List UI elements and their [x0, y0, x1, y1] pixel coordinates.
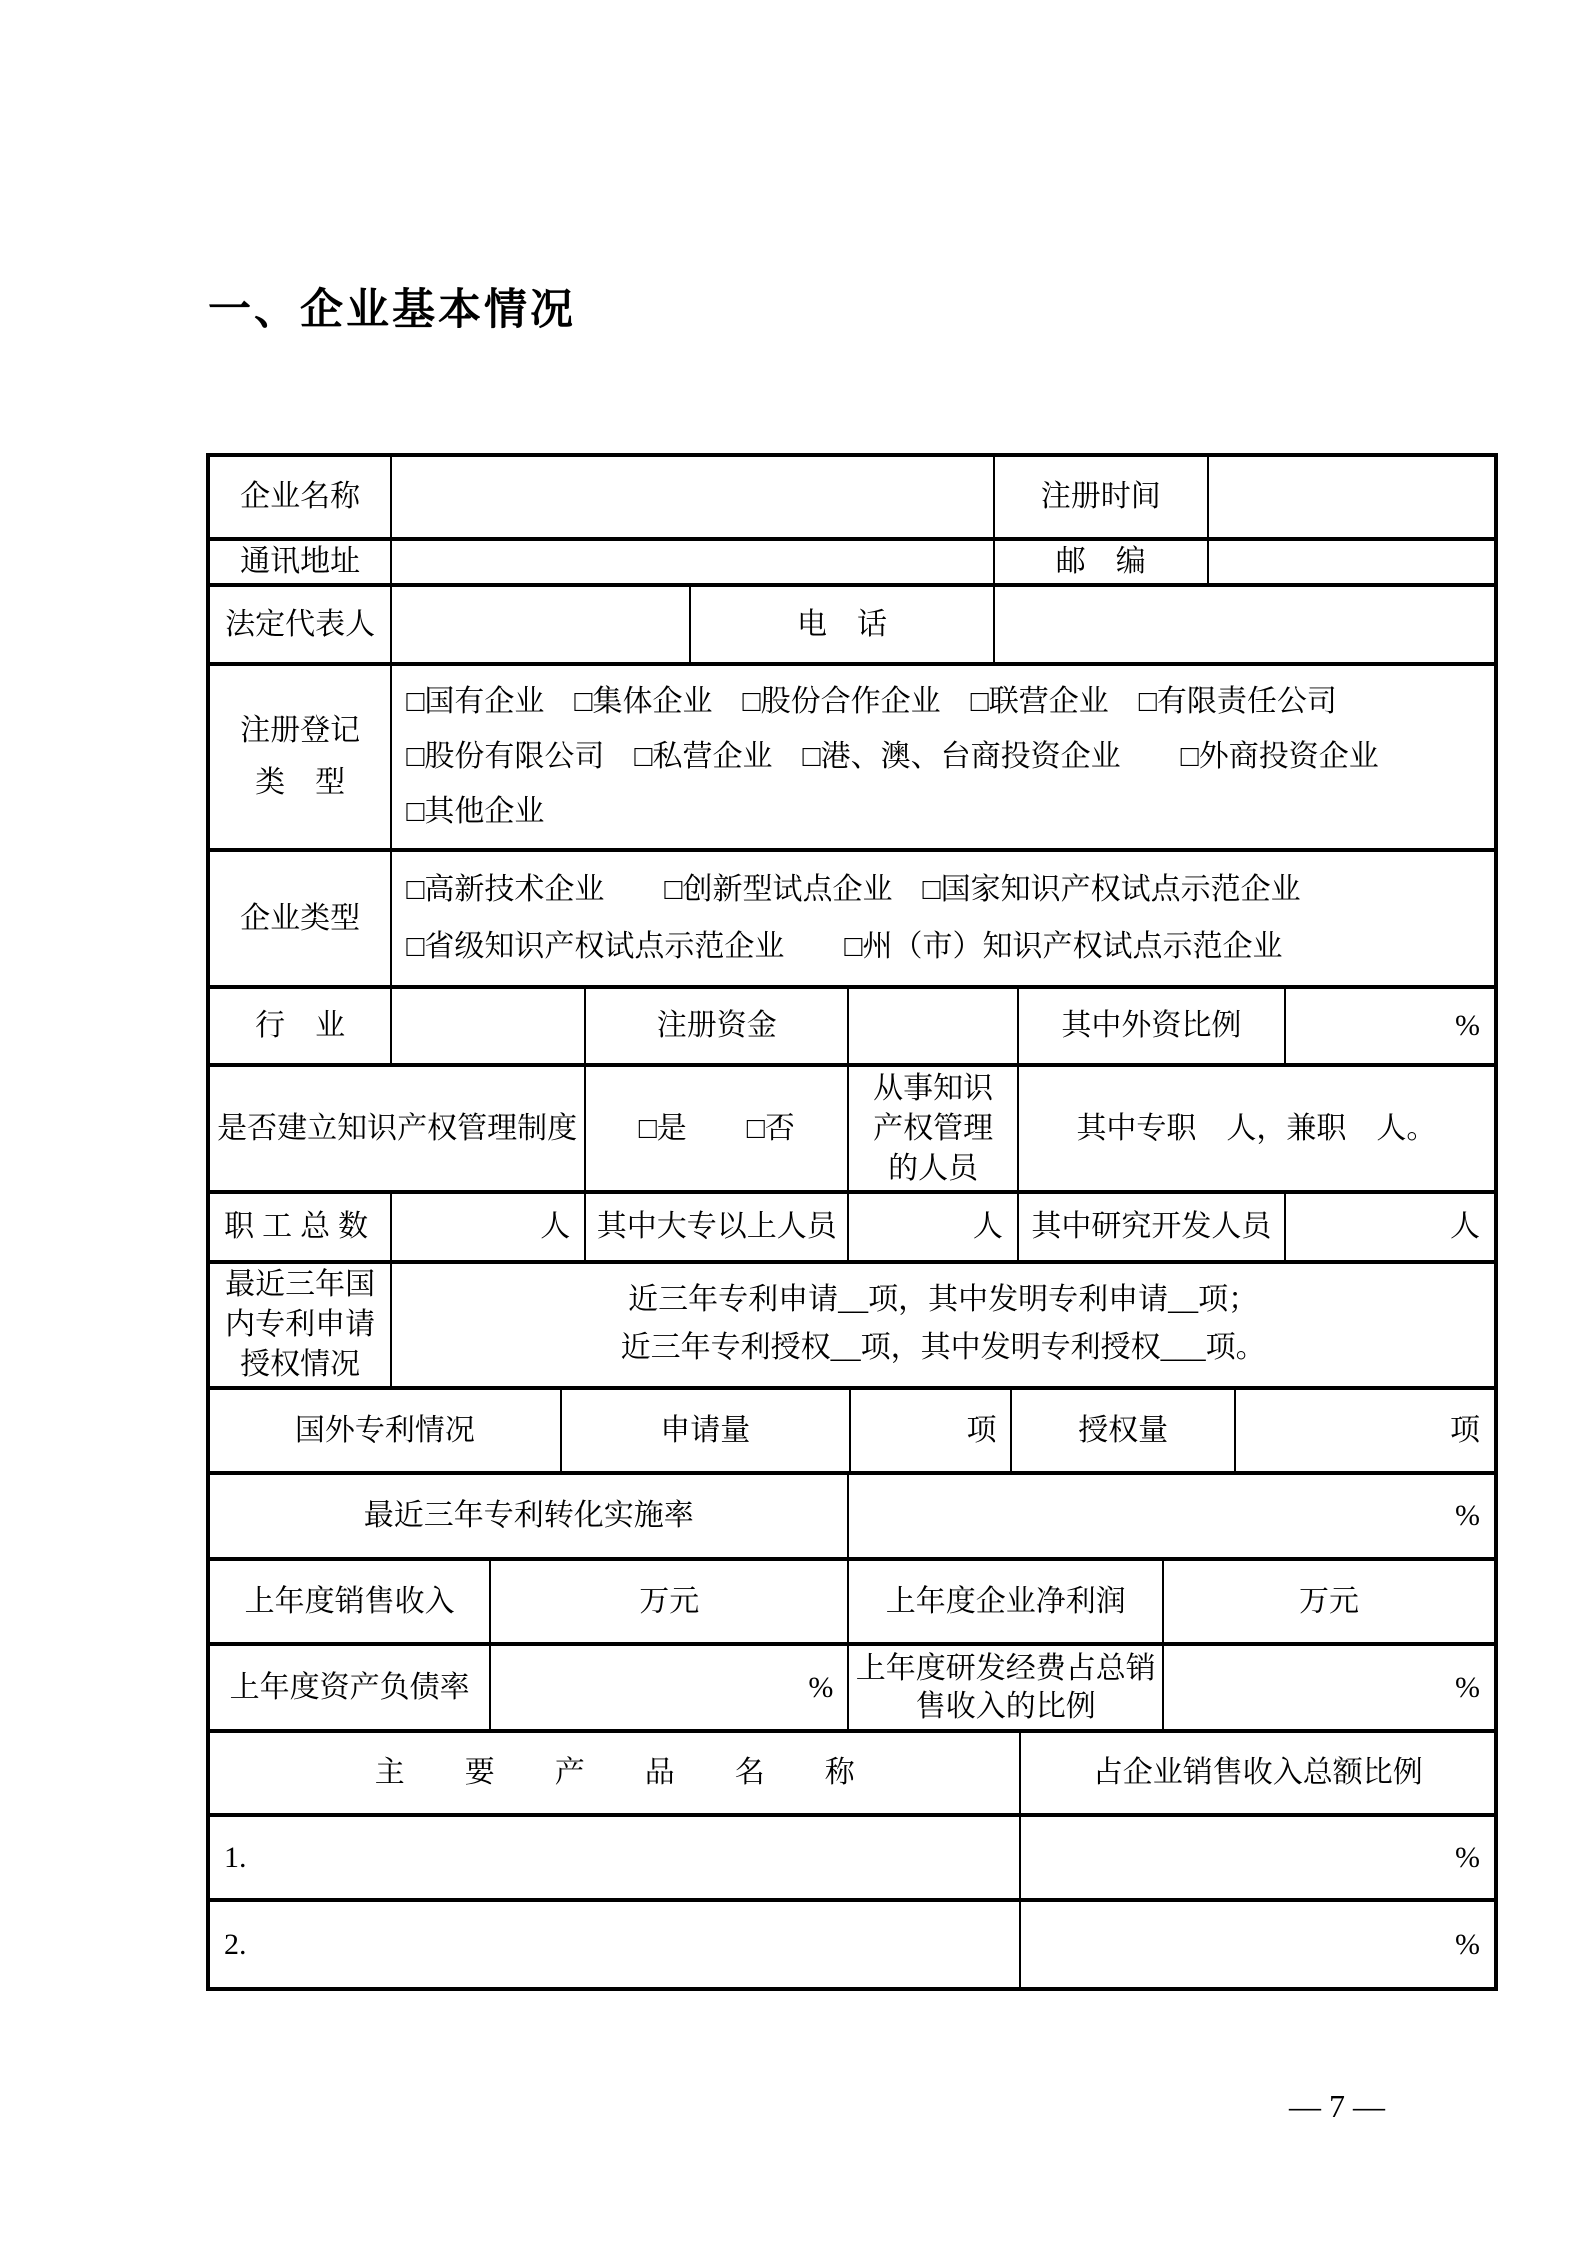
table-row: 通讯地址 邮 编 [210, 541, 1494, 587]
label-domestic-patents: 最近三年国 内专利申请 授权情况 [210, 1264, 392, 1386]
label-last-year-sales: 上年度销售收入 [210, 1561, 491, 1642]
table-row: 2. % [210, 1902, 1494, 1987]
field-grant-count[interactable]: 项 [1236, 1390, 1494, 1471]
table-row: 法定代表人 电 话 [210, 587, 1494, 666]
form-table: 企业名称 注册时间 通讯地址 邮 编 法定代表人 电 话 注册登记 类 型 [206, 453, 1498, 1991]
label-rd-expense-ratio: 上年度研发经费占总销 售收入的比例 [849, 1646, 1164, 1729]
table-row: 上年度资产负债率 % 上年度研发经费占总销 售收入的比例 % [210, 1646, 1494, 1733]
field-patent-implementation-rate[interactable]: % [849, 1475, 1494, 1557]
label-college-and-above: 其中大专以上人员 [586, 1194, 849, 1260]
field-registration-time[interactable] [1209, 457, 1494, 537]
table-row: 最近三年国 内专利申请 授权情况 近三年专利申请__项，其中发明专利申请__项；… [210, 1264, 1494, 1390]
table-row: 国外专利情况 申请量 项 授权量 项 [210, 1390, 1494, 1475]
options-yes-no[interactable]: □是 □否 [586, 1067, 849, 1190]
field-product-1-ratio[interactable]: % [1021, 1817, 1494, 1898]
table-row: 注册登记 类 型 □国有企业 □集体企业 □股份合作企业 □联营企业 □有限责任… [210, 666, 1494, 852]
label-asset-liability-ratio: 上年度资产负债率 [210, 1646, 491, 1729]
field-product-2[interactable]: 2. [210, 1902, 1021, 1987]
field-ip-staff-count[interactable]: 其中专职 人，兼职 人。 [1019, 1067, 1494, 1190]
label-application-count: 申请量 [562, 1390, 851, 1471]
label-line: 产权管理 [873, 1110, 993, 1148]
label-line: 的人员 [888, 1150, 978, 1188]
table-row: 职工总数 人 其中大专以上人员 人 其中研究开发人员 人 [210, 1194, 1494, 1264]
label-line: 授权情况 [240, 1346, 360, 1384]
table-row: 是否建立知识产权管理制度 □是 □否 从事知识 产权管理 的人员 其中专职 人，… [210, 1067, 1494, 1194]
fill-in-line[interactable]: 近三年专利申请__项，其中发明专利申请__项； [628, 1276, 1258, 1324]
page-title: 一、企业基本情况 [208, 276, 576, 337]
checkbox-options-line[interactable]: □高新技术企业 □创新型试点企业 □国家知识产权试点示范企业 [406, 871, 1300, 909]
field-legal-representative[interactable] [392, 587, 691, 662]
header-main-products: 主 要 产 品 名 称 [210, 1733, 1021, 1813]
field-product-1[interactable]: 1. [210, 1817, 1021, 1898]
checkbox-options-line[interactable]: □国有企业 □集体企业 □股份合作企业 □联营企业 □有限责任公司 [406, 683, 1337, 721]
label-foreign-patents: 国外专利情况 [210, 1390, 562, 1471]
field-postal-code[interactable] [1209, 541, 1494, 583]
table-row: 1. % [210, 1817, 1494, 1902]
field-application-count[interactable]: 项 [851, 1390, 1013, 1471]
field-registered-capital[interactable] [849, 989, 1018, 1063]
field-college-and-above[interactable]: 人 [849, 1194, 1018, 1260]
label-patent-implementation-rate: 最近三年专利转化实施率 [210, 1475, 849, 1557]
label-mailing-address: 通讯地址 [210, 541, 392, 583]
field-industry[interactable] [392, 989, 586, 1063]
label-rd-staff: 其中研究开发人员 [1019, 1194, 1286, 1260]
field-foreign-capital-ratio[interactable]: % [1286, 989, 1494, 1063]
document-page: 一、企业基本情况 企业名称 注册时间 通讯地址 邮 编 法定代表人 电 话 注册… [0, 0, 1587, 2245]
checkbox-options-line[interactable]: □股份有限公司 □私营企业 □港、澳、台商投资企业 □外商投资企业 [406, 738, 1378, 776]
label-last-year-net-profit: 上年度企业净利润 [849, 1561, 1164, 1642]
field-rd-expense-ratio[interactable]: % [1164, 1646, 1494, 1729]
field-phone[interactable] [995, 587, 1494, 662]
table-row: 上年度销售收入 万元 上年度企业净利润 万元 [210, 1561, 1494, 1646]
field-last-year-sales[interactable]: 万元 [491, 1561, 849, 1642]
table-row: 企业类型 □高新技术企业 □创新型试点企业 □国家知识产权试点示范企业 □省级知… [210, 852, 1494, 989]
label-enterprise-type: 企业类型 [210, 852, 392, 985]
table-row: 最近三年专利转化实施率 % [210, 1475, 1494, 1561]
label-line: 内专利申请 [225, 1306, 375, 1344]
label-legal-representative: 法定代表人 [210, 587, 392, 662]
field-rd-staff[interactable]: 人 [1286, 1194, 1494, 1260]
label-registered-capital: 注册资金 [586, 989, 849, 1063]
label-industry: 行 业 [210, 989, 392, 1063]
label-total-employees: 职工总数 [210, 1194, 392, 1260]
label-ip-management-system: 是否建立知识产权管理制度 [210, 1067, 586, 1190]
label-grant-count: 授权量 [1012, 1390, 1235, 1471]
field-asset-liability-ratio[interactable]: % [491, 1646, 849, 1729]
label-line: 从事知识 [873, 1070, 993, 1108]
field-product-2-ratio[interactable]: % [1021, 1902, 1494, 1987]
label-registration-type: 注册登记 类 型 [210, 666, 392, 848]
label-foreign-capital-ratio: 其中外资比例 [1019, 989, 1286, 1063]
field-mailing-address[interactable] [392, 541, 994, 583]
table-row: 行 业 注册资金 其中外资比例 % [210, 989, 1494, 1067]
page-number: — 7 — [1262, 2088, 1412, 2125]
label-line: 类 型 [255, 757, 345, 810]
checkbox-options-line[interactable]: □其他企业 [406, 793, 544, 831]
label-enterprise-name: 企业名称 [210, 457, 392, 537]
label-ip-management-staff: 从事知识 产权管理 的人员 [849, 1067, 1018, 1190]
checkbox-options-line[interactable]: □省级知识产权试点示范企业 □州（市）知识产权试点示范企业 [406, 928, 1282, 966]
label-phone: 电 话 [691, 587, 994, 662]
label-line: 售收入的比例 [916, 1688, 1096, 1726]
fill-in-line[interactable]: 近三年专利授权__项，其中发明专利授权___项。 [621, 1324, 1266, 1372]
options-enterprise-type: □高新技术企业 □创新型试点企业 □国家知识产权试点示范企业 □省级知识产权试点… [392, 852, 1494, 985]
table-row: 主 要 产 品 名 称 占企业销售收入总额比例 [210, 1733, 1494, 1817]
field-domestic-patents[interactable]: 近三年专利申请__项，其中发明专利申请__项； 近三年专利授权__项，其中发明专… [392, 1264, 1494, 1386]
header-sales-ratio: 占企业销售收入总额比例 [1021, 1733, 1494, 1813]
options-registration-type: □国有企业 □集体企业 □股份合作企业 □联营企业 □有限责任公司 □股份有限公… [392, 666, 1494, 848]
field-last-year-net-profit[interactable]: 万元 [1164, 1561, 1494, 1642]
label-postal-code: 邮 编 [995, 541, 1209, 583]
field-enterprise-name[interactable] [392, 457, 994, 537]
label-line: 注册登记 [240, 705, 360, 758]
label-line: 上年度研发经费占总销 [856, 1650, 1156, 1688]
table-row: 企业名称 注册时间 [210, 457, 1494, 541]
label-line: 最近三年国 [225, 1266, 375, 1304]
label-registration-time: 注册时间 [995, 457, 1209, 537]
field-total-employees[interactable]: 人 [392, 1194, 586, 1260]
